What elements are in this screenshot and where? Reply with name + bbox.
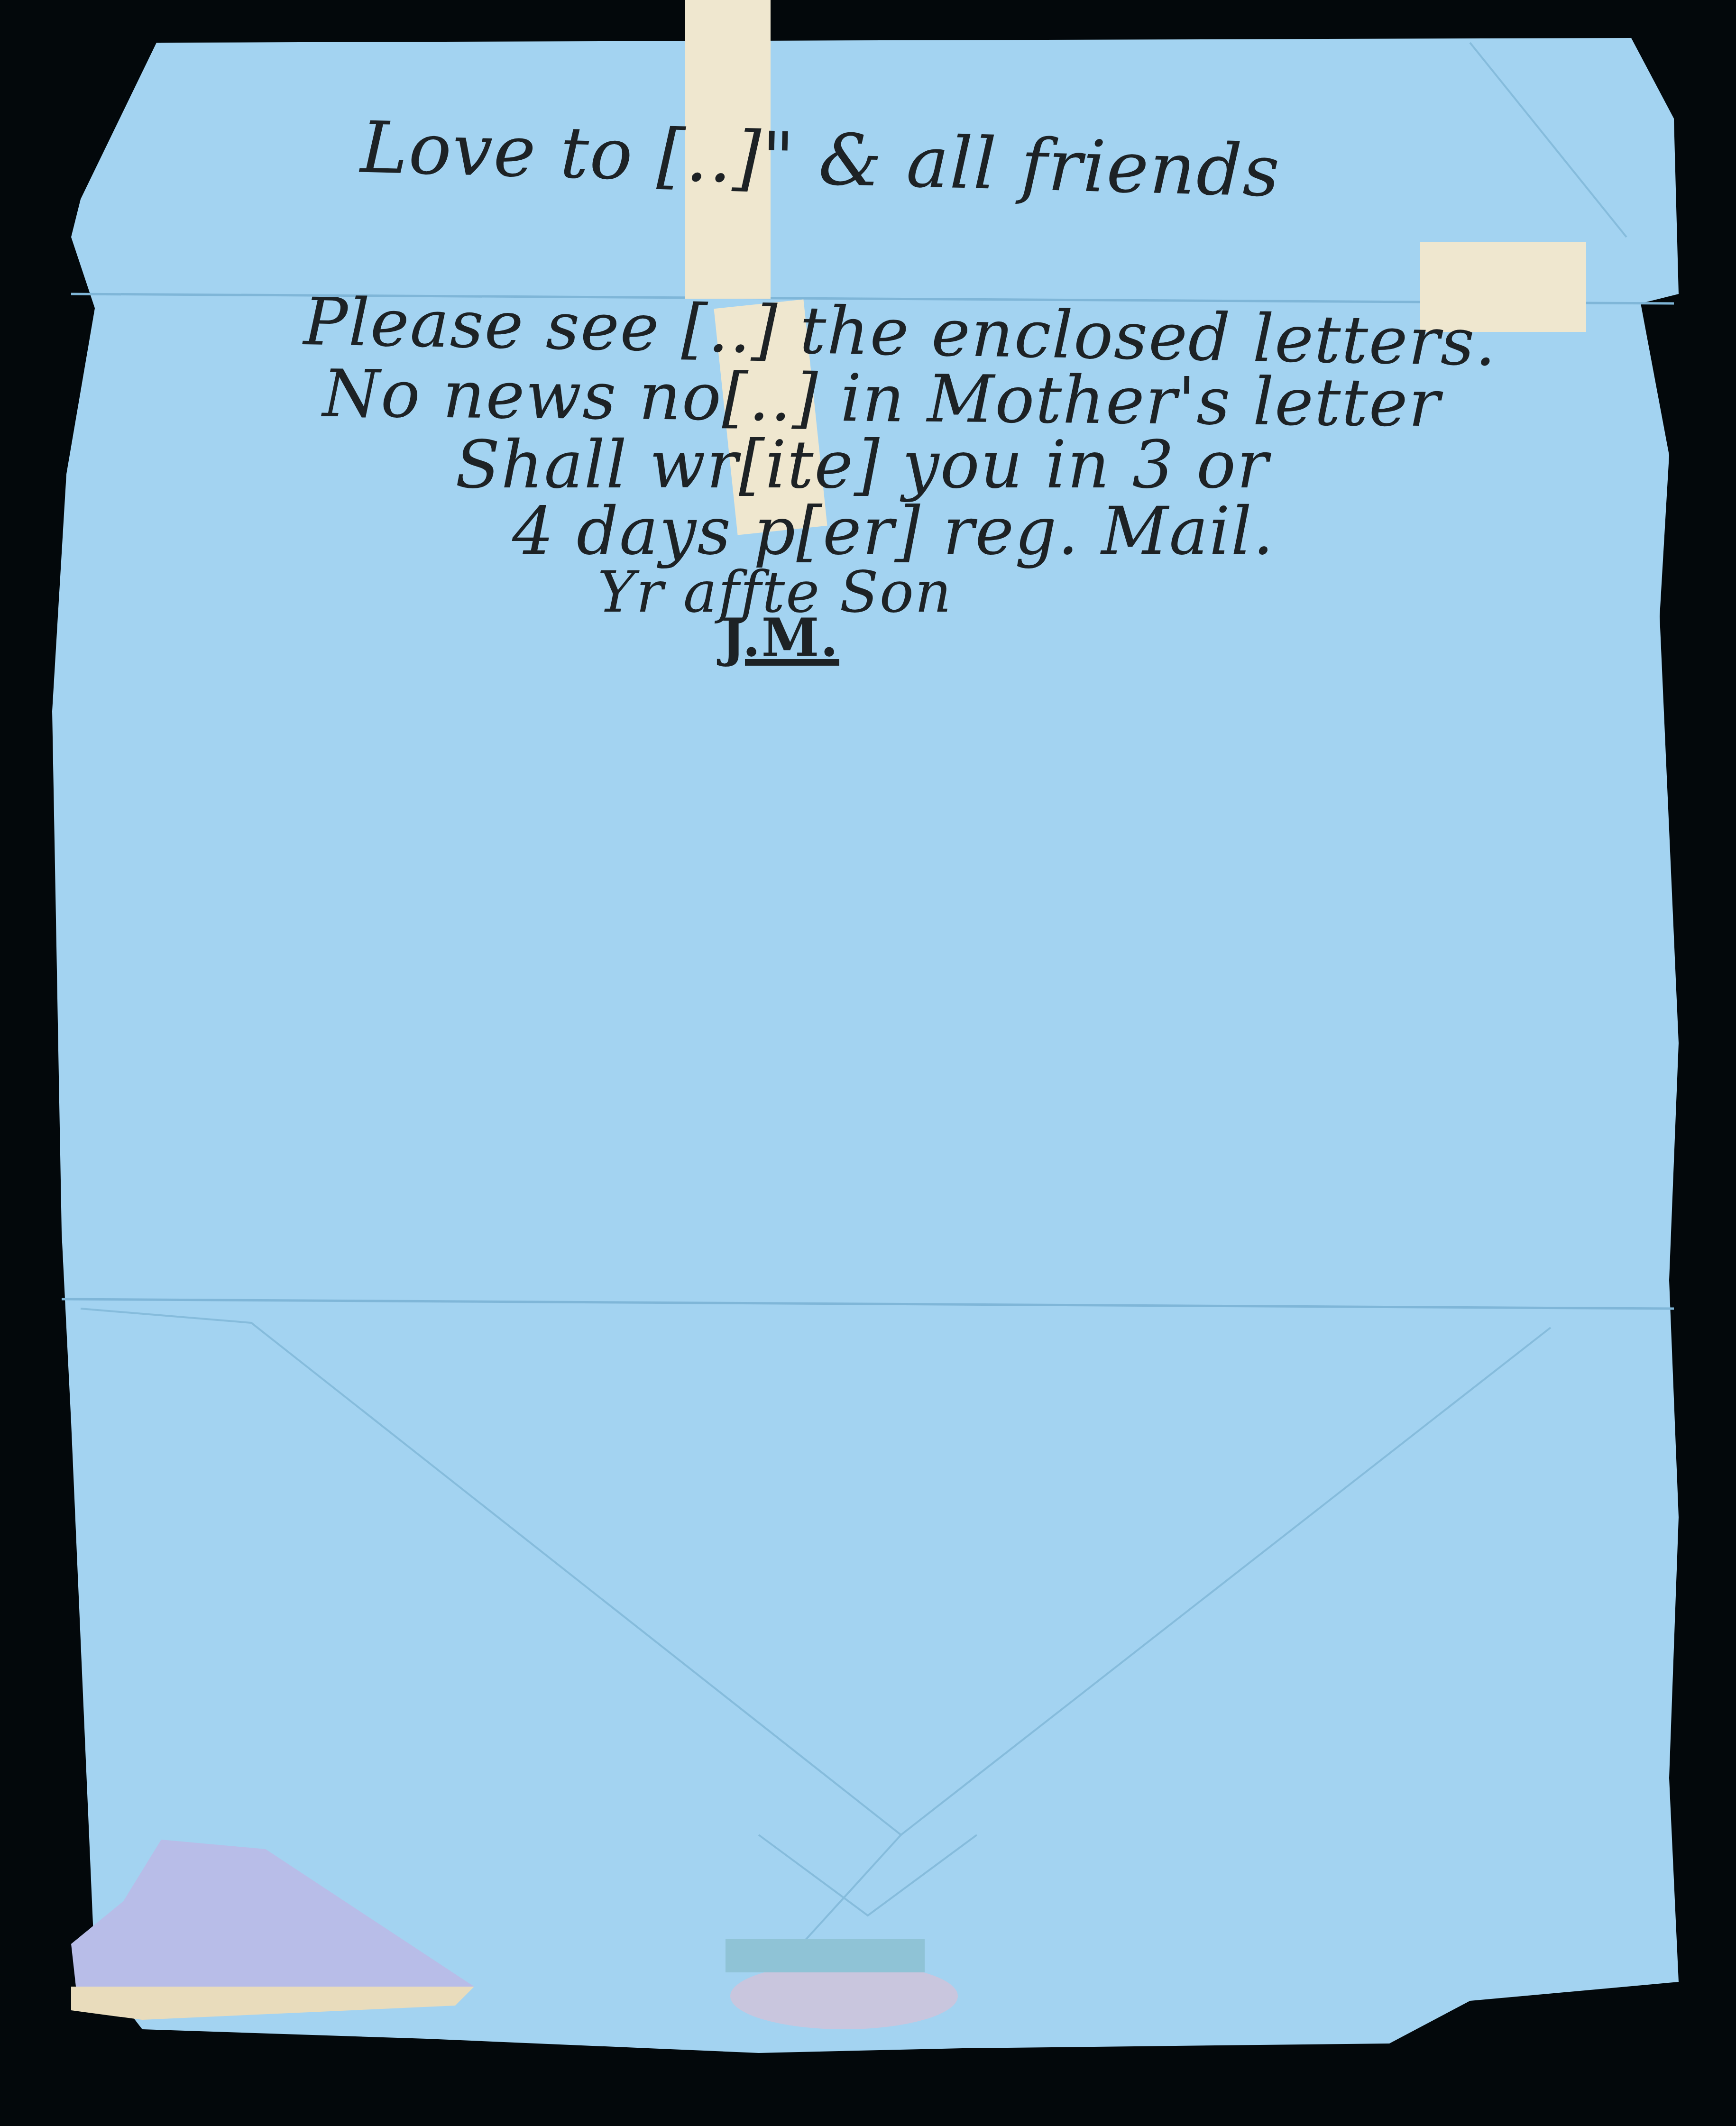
signature: J.M. [721, 607, 839, 668]
scan-background: Love to [..]" & all friends Please see [… [0, 0, 1736, 2126]
body-line-3: Shall wr[ite] you in 3 or [455, 427, 1269, 503]
body-line-4: 4 days p[er] reg. Mail. [512, 493, 1275, 569]
